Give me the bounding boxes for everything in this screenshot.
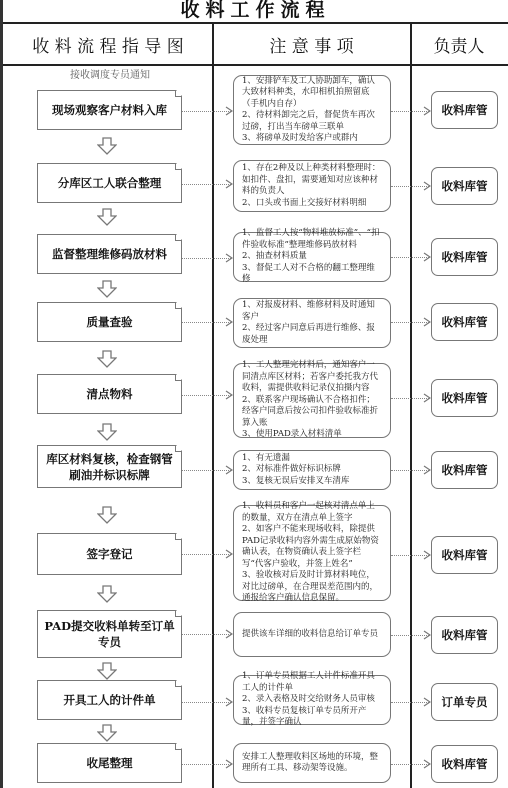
arrow-down-icon [97,350,117,368]
chevron-right-icon [423,759,431,769]
owner-box: 收料库管 [431,745,498,783]
chevron-right-icon [225,629,233,639]
flow-step: 收尾整理 [37,743,182,783]
chevron-right-icon [423,630,431,640]
flow-step: 开具工人的计件单 [37,680,182,720]
owner-box: 收料库管 [431,536,498,574]
chevron-right-icon [225,697,233,707]
arrow-down-icon [97,280,117,298]
owner-box: 收料库管 [431,91,498,129]
owner-box: 订单专员 [431,683,498,721]
flow-step: 监督整理维修码放材料 [37,234,182,274]
chevron-right-icon [225,549,233,559]
arrow-down-icon [97,208,117,226]
header-flow-guide: 收 料 流 程 指 导 图 [3,24,213,64]
note-box: 1、有无遗漏2、对标准件做好标识标牌3、复核无误后安排叉车清库 [233,450,391,490]
connector [182,184,231,185]
owner-box: 收料库管 [431,379,498,417]
chevron-right-icon [225,465,233,475]
owner-box: 收料库管 [431,451,498,489]
chevron-right-icon [423,697,431,707]
owner-box: 收料库管 [431,616,498,654]
chevron-right-icon [423,181,431,191]
note-box: 1、工人整理完材料后，通知客户一同清点库区材料；若客户委托我方代收料，需提供收料… [233,363,391,438]
chevron-right-icon [225,179,233,189]
flow-step: 库区材料复核，检查钢管刷油并标识标牌 [37,445,182,488]
chevron-right-icon [423,317,431,327]
column-divider [212,24,214,788]
note-box: 1、收料员和客户一起核对清点单上的数量，双方在清点单上签字2、如客户不能来现场收… [233,505,391,601]
flow-step: PAD提交收料单转至订单专员 [37,610,182,658]
chevron-right-icon [423,393,431,403]
owner-box: 收料库管 [431,238,498,276]
connector [182,634,231,635]
flow-step: 质量查验 [37,302,182,342]
flow-step: 现场观察客户材料入库 [37,90,182,130]
connector [182,395,231,396]
chevron-right-icon [423,106,431,116]
note-box: 1、对报废材料、维修材料及时通知客户2、经过客户同意后再进行维修、报废处理 [233,298,391,348]
connector [182,322,231,323]
note-box: 1、监督工人按“物料堆放标准”、“扣件验收标准”整理维修码放材料2、抽查材料质量… [233,232,391,282]
note-box: 提供该车详细的收料信息给订单专员 [233,612,391,657]
arrow-down-icon [97,662,117,680]
flow-step: 清点物料 [37,374,182,414]
chevron-right-icon [225,390,233,400]
chevron-right-icon [225,253,233,263]
chevron-right-icon [225,759,233,769]
chevron-right-icon [423,465,431,475]
connector [182,258,231,259]
connector [182,470,231,471]
note-box: 1、安排铲车及工人协助卸车，确认大致材料种类，水印相机拍照留底（手机内自存）2、… [233,75,391,145]
arrow-down-icon [97,506,117,524]
note-box: 1、订单专员根据工人计件标准开具工人的计件单2、录入表格及时交给财务人员审核3、… [233,675,391,725]
arrow-down-icon [97,724,117,742]
connector [182,702,231,703]
page-title: 收料工作流程 [3,0,508,22]
column-divider [410,24,412,788]
flow-step: 签字登记 [37,533,182,575]
note-box: 1、存在2种及以上种类材料整理时：如扣件、盘扣，需要通知对应该种材料的负责人2、… [233,160,391,212]
arrow-down-icon [97,423,117,441]
note-box: 安排工人整理收料区场地的环境，整理所有工具、移动架等设施。 [233,743,391,783]
start-notice: 接收调度专员通知 [40,66,180,81]
owner-box: 收料库管 [431,303,498,341]
chevron-right-icon [423,550,431,560]
flow-step: 分库区工人联合整理 [37,163,182,203]
connector [182,111,231,112]
chevron-right-icon [423,252,431,262]
arrow-down-icon [97,585,117,603]
header-notes: 注 意 事 项 [213,24,410,64]
header-owner: 负责人 [410,24,508,64]
connector [182,764,231,765]
arrow-down-icon [97,137,117,155]
chevron-right-icon [225,317,233,327]
chevron-right-icon [225,106,233,116]
connector [182,554,231,555]
owner-box: 收料库管 [431,167,498,205]
